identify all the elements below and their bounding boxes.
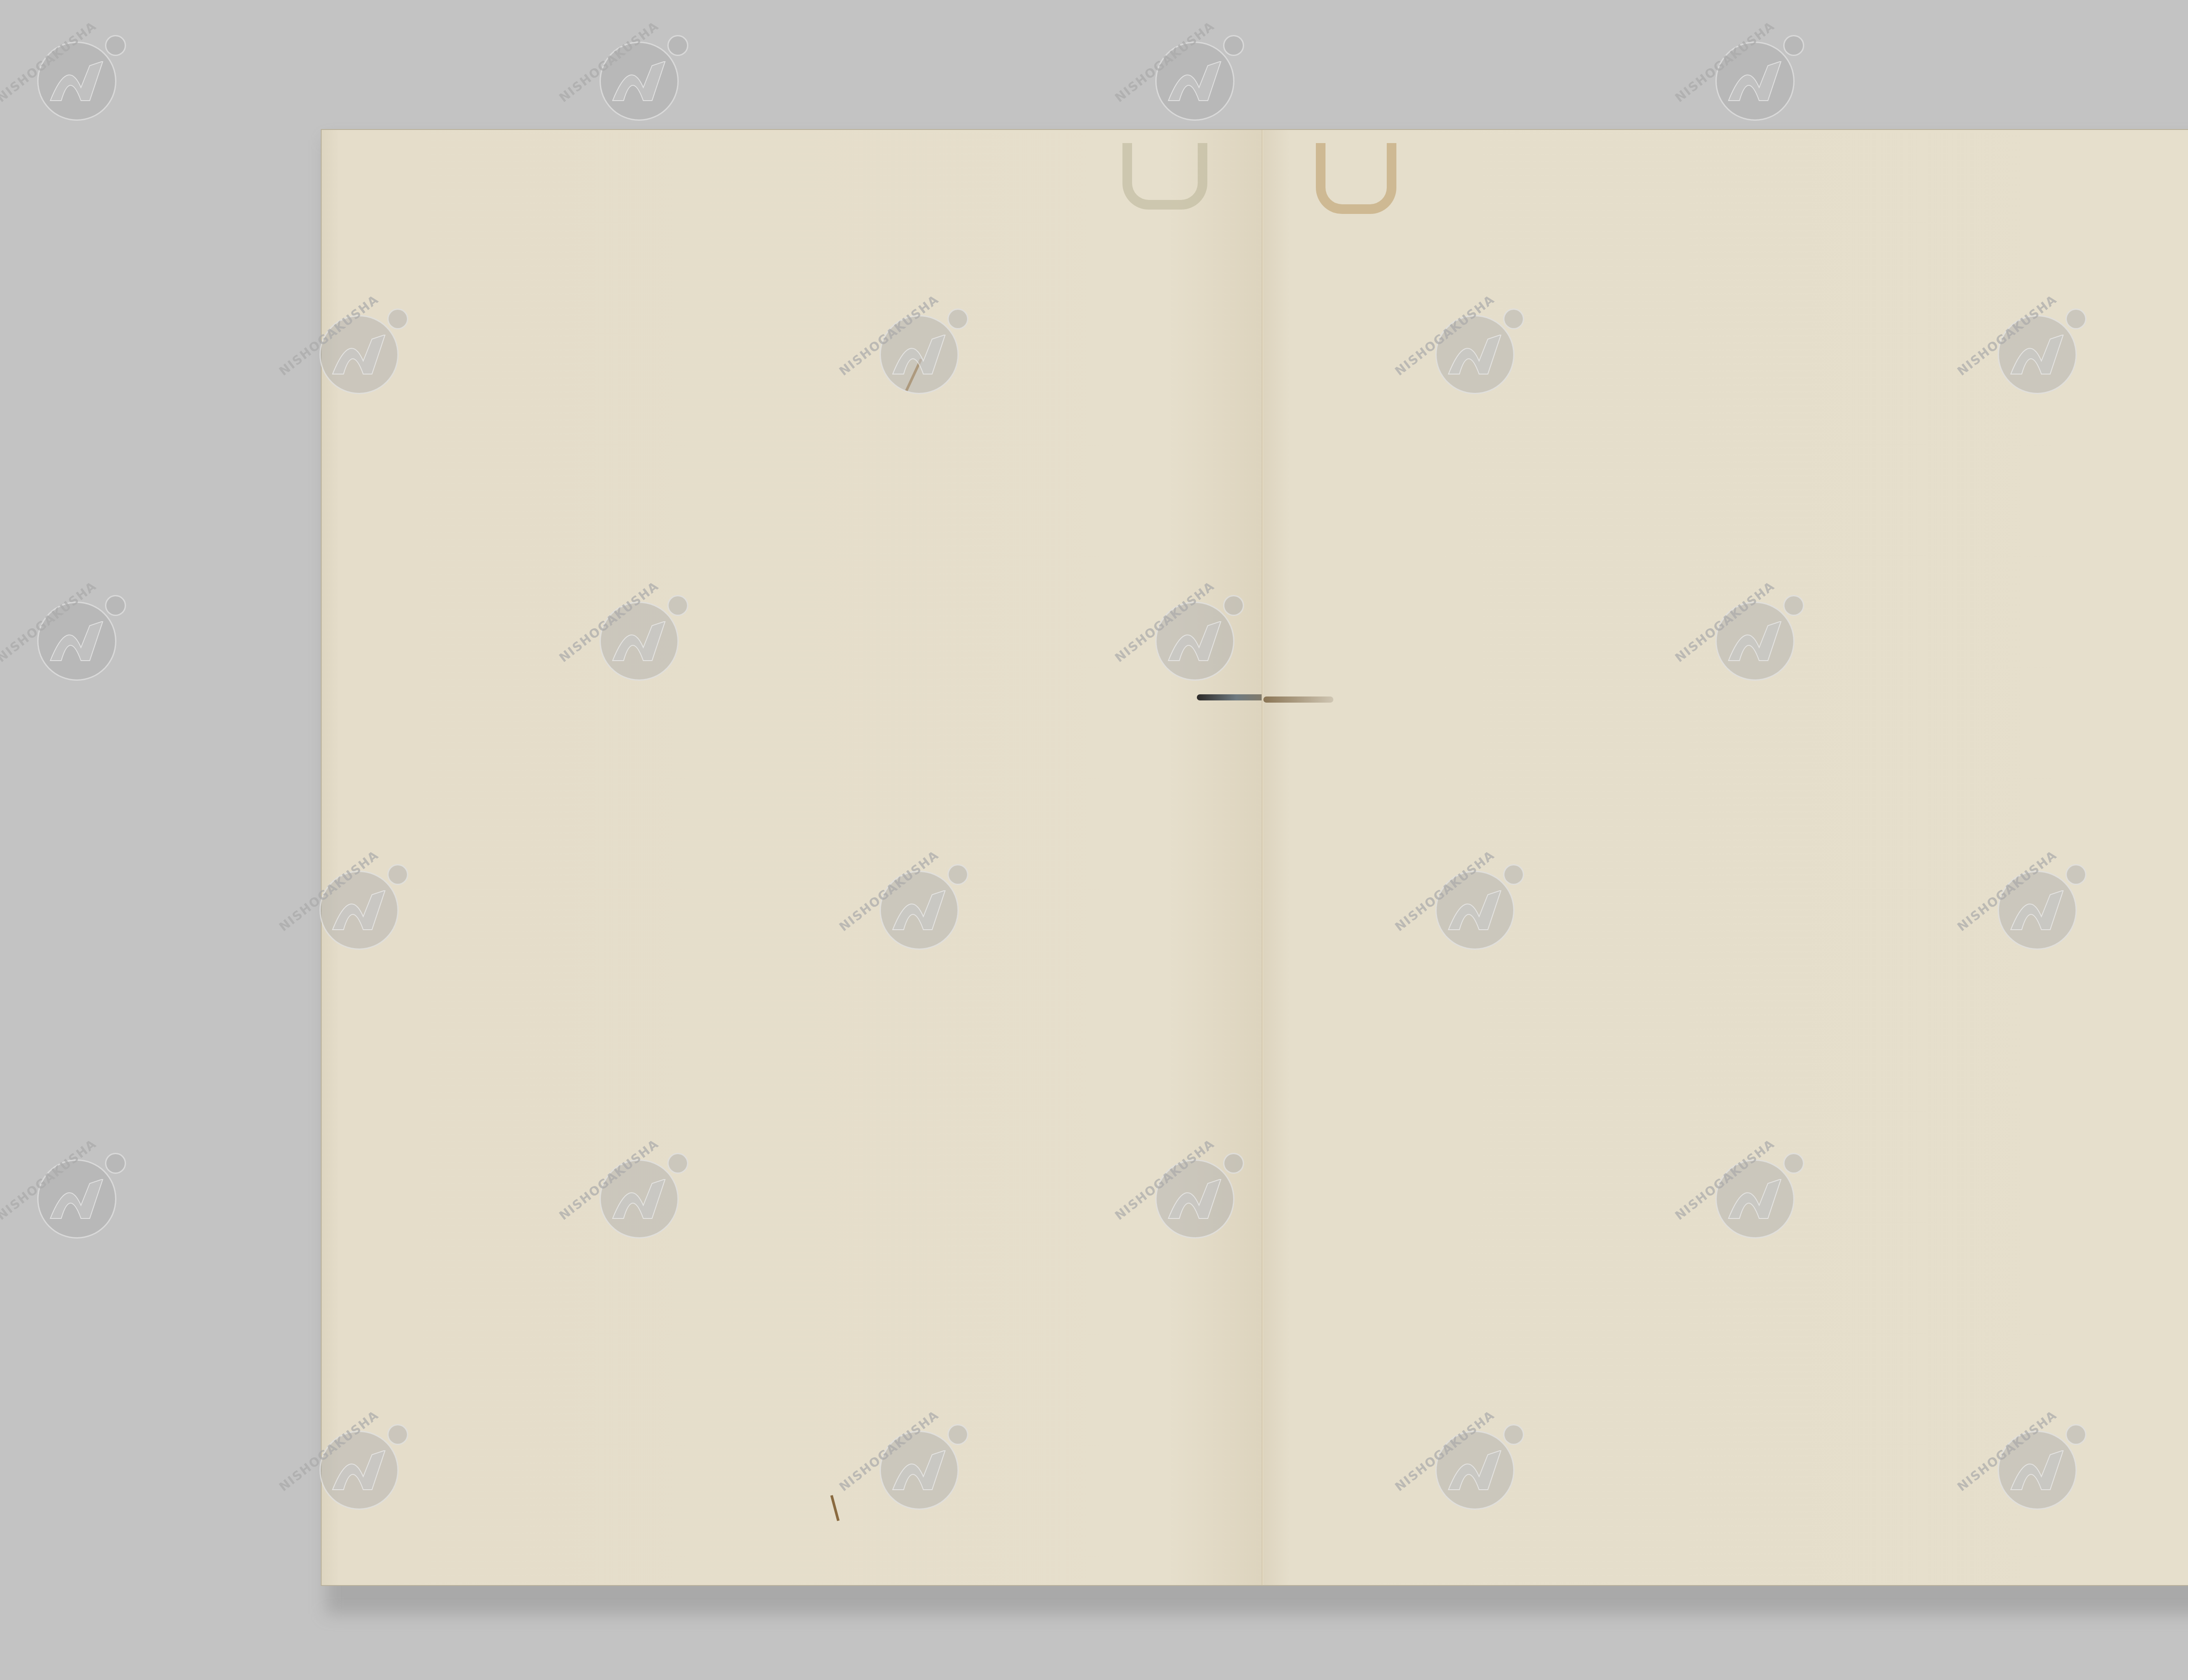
logo-dot xyxy=(1783,595,1804,616)
nishogakusha-logo-icon xyxy=(1446,335,1503,376)
logo-dot xyxy=(947,308,968,329)
nishogakusha-logo-icon xyxy=(330,1450,387,1492)
nishogakusha-logo-icon xyxy=(610,61,667,103)
watermark: NISHOGAKUSHA xyxy=(302,293,407,398)
watermark: NISHOGAKUSHA xyxy=(582,20,687,125)
nishogakusha-logo-icon xyxy=(1446,1450,1503,1492)
watermark: NISHOGAKUSHA xyxy=(1138,20,1243,125)
logo-dot xyxy=(667,595,688,616)
nishogakusha-logo-icon xyxy=(1446,890,1503,932)
watermark: NISHOGAKUSHA xyxy=(582,1137,687,1242)
water-stain xyxy=(1122,143,1207,210)
watermark: NISHOGAKUSHA xyxy=(302,849,407,954)
watermark: NISHOGAKUSHA xyxy=(302,1409,407,1514)
watermark: NISHOGAKUSHA xyxy=(1418,293,1523,398)
watermark: NISHOGAKUSHA xyxy=(1418,1409,1523,1514)
watermark: NISHOGAKUSHA xyxy=(1980,293,2085,398)
nishogakusha-logo-icon xyxy=(610,1179,667,1221)
watermark: NISHOGAKUSHA xyxy=(582,580,687,685)
logo-dot xyxy=(105,1153,126,1174)
nishogakusha-logo-icon xyxy=(2009,1450,2065,1492)
logo-dot xyxy=(1503,1424,1524,1445)
logo-dot xyxy=(387,864,408,885)
watermark: NISHOGAKUSHA xyxy=(1418,849,1523,954)
nishogakusha-logo-icon xyxy=(1726,621,1783,663)
logo-dot xyxy=(2065,864,2086,885)
fiber-mark xyxy=(830,1495,839,1521)
logo-dot xyxy=(2065,308,2086,329)
nishogakusha-logo-icon xyxy=(1166,621,1223,663)
nishogakusha-logo-icon xyxy=(1726,61,1783,103)
logo-dot xyxy=(387,308,408,329)
logo-dot xyxy=(2065,1424,2086,1445)
watermark: NISHOGAKUSHA xyxy=(862,849,967,954)
logo-dot xyxy=(667,35,688,56)
thread-mark xyxy=(1263,696,1333,703)
nishogakusha-logo-icon xyxy=(48,61,105,103)
watermark: NISHOGAKUSHA xyxy=(20,1137,125,1242)
nishogakusha-logo-icon xyxy=(1166,61,1223,103)
watermark: NISHOGAKUSHA xyxy=(20,580,125,685)
watermark: NISHOGAKUSHA xyxy=(1698,580,1803,685)
left-page xyxy=(322,130,1262,1585)
logo-dot xyxy=(1223,595,1244,616)
watermark: NISHOGAKUSHA xyxy=(862,293,967,398)
watermark: NISHOGAKUSHA xyxy=(862,1409,967,1514)
open-book: 分紙況圖中秘爪 竹關 小山日余集枝 清白此寶詩立文 蘐園本村詩抄中 十四 xyxy=(321,129,2188,1586)
logo-dot xyxy=(1223,1153,1244,1174)
nishogakusha-logo-icon xyxy=(2009,335,2065,376)
watermark: NISHOGAKUSHA xyxy=(1138,1137,1243,1242)
logo-dot xyxy=(1783,1153,1804,1174)
nishogakusha-logo-icon xyxy=(891,890,947,932)
nishogakusha-logo-icon xyxy=(48,1179,105,1221)
watermark: NISHOGAKUSHA xyxy=(1698,1137,1803,1242)
logo-dot xyxy=(667,1153,688,1174)
nishogakusha-logo-icon xyxy=(2009,890,2065,932)
logo-dot xyxy=(387,1424,408,1445)
logo-dot xyxy=(1783,35,1804,56)
logo-dot xyxy=(1503,308,1524,329)
logo-dot xyxy=(947,1424,968,1445)
logo-dot xyxy=(105,35,126,56)
watermark: NISHOGAKUSHA xyxy=(1698,20,1803,125)
watermark: NISHOGAKUSHA xyxy=(1980,849,2085,954)
logo-dot xyxy=(1223,35,1244,56)
nishogakusha-logo-icon xyxy=(330,890,387,932)
nishogakusha-logo-icon xyxy=(1726,1179,1783,1221)
logo-dot xyxy=(1503,864,1524,885)
water-stain xyxy=(1316,143,1396,214)
nishogakusha-logo-icon xyxy=(610,621,667,663)
logo-dot xyxy=(947,864,968,885)
nishogakusha-logo-icon xyxy=(48,621,105,663)
watermark: NISHOGAKUSHA xyxy=(20,20,125,125)
nishogakusha-logo-icon xyxy=(330,335,387,376)
logo-dot xyxy=(105,595,126,616)
nishogakusha-logo-icon xyxy=(891,1450,947,1492)
nishogakusha-logo-icon xyxy=(891,335,947,376)
watermark: NISHOGAKUSHA xyxy=(1138,580,1243,685)
watermark: NISHOGAKUSHA xyxy=(1980,1409,2085,1514)
nishogakusha-logo-icon xyxy=(1166,1179,1223,1221)
